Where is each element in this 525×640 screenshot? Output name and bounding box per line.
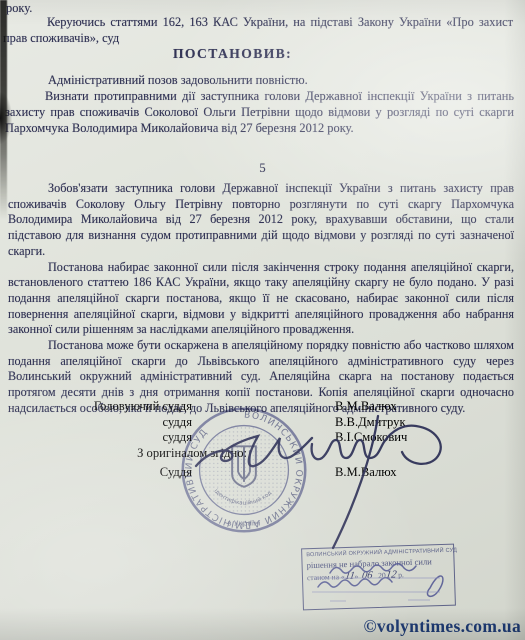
judge-name: В.М.Валюх (335, 465, 397, 481)
paragraph-satisfy-claim: Адміністративний позов задовольнити повн… (8, 73, 514, 88)
stamp-date-prefix: станом на « (307, 572, 345, 582)
paragraph-legal-effect: Постанова набирає законної сили після за… (8, 260, 514, 339)
scanned-court-decision-page: року. Керуючись статтями 162, 163 КАС Ук… (0, 0, 525, 640)
stamp-date-suffix: р. (398, 570, 404, 579)
page-number: 5 (0, 161, 525, 176)
judge-name: В.І.Смокович (335, 430, 407, 446)
judge-name: В.М.Валюх (335, 399, 397, 415)
paragraph-oblige-review: Зобов'язати заступника голови Державної … (8, 181, 514, 260)
watermark: ©volyntimes.com.ua (364, 616, 522, 637)
seal-bottom-text: в Україні (227, 518, 260, 527)
main-paragraphs: Зобов'язати заступника голови Державної … (8, 181, 514, 417)
stamp-handwritten-day: 11 (344, 571, 355, 582)
paragraph-recognize-unlawful: Визнати протиправними дії заступника гол… (5, 89, 514, 136)
decision-heading: ПОСТАНОВИВ: (0, 46, 465, 62)
intro-paragraph: Керуючись статтями 162, 163 КАС України,… (3, 14, 513, 46)
stamp-handwritten-month: 06 (361, 570, 373, 581)
photo-left-edge-blob (0, 92, 12, 144)
stamp-handwritten-year: 12 (385, 569, 397, 580)
judge-name: В.В.Дмитрук (335, 415, 406, 431)
court-round-seal-icon: ВОЛИНСЬКИЙ ОКРУЖНИЙ АДМІНІСТРАТИВНИЙ СУД… (165, 391, 323, 549)
validity-stamp: ВОЛИНСЬКИЙ ОКРУЖНИЙ АДМІНІСТРАТИВНИЙ СУД… (301, 544, 456, 611)
stamp-date-line: станом на «11» 06 2012 р. (307, 568, 450, 583)
